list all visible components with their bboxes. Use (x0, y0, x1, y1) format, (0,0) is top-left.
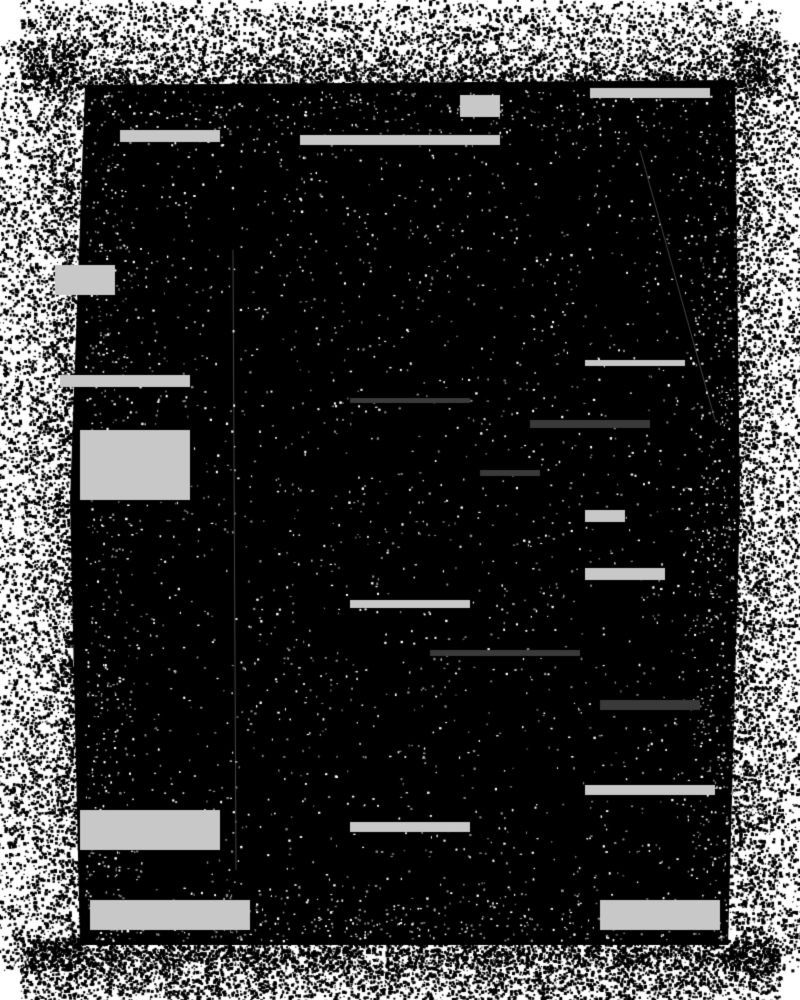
grunge-texture (0, 0, 800, 1000)
